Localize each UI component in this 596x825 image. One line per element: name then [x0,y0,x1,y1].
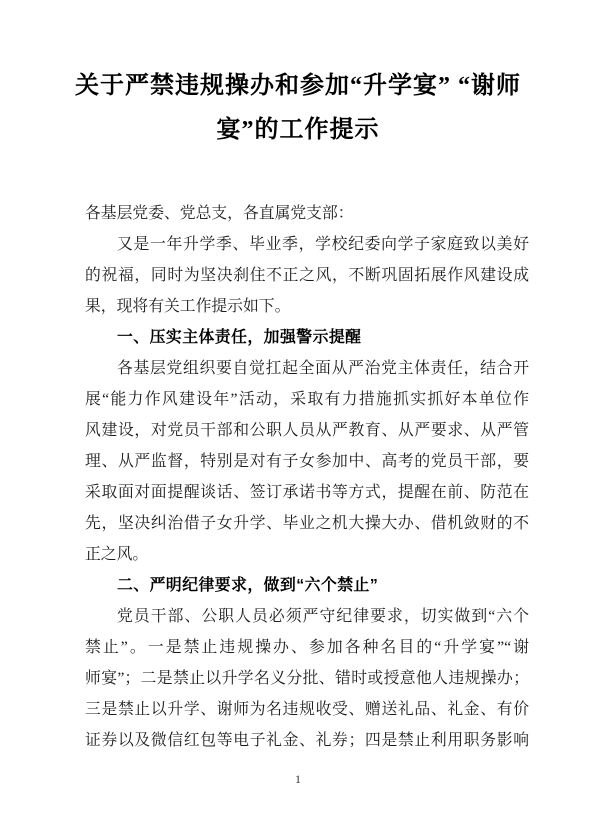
body-text-line: 采取面对面提醒谈话、签订承诺书等方式，提醒在前、防范在 [85,477,529,508]
body-text-line: 禁止”。一是禁止违规操办、参加各种名目的“升学宴”“谢 [85,632,529,663]
title-line: 关于严禁违规操办和参加“升学宴” “谢师 [60,64,536,108]
body-text-line: 师宴”；二是禁止以升学名义分批、错时或授意他人违规操办； [85,663,529,694]
body-text-line: 各基层党委、党总支，各直属党支部： [85,198,529,229]
document-title: 关于严禁违规操办和参加“升学宴” “谢师宴”的工作提示 [0,64,596,152]
body-text-line: 证券以及微信红包等电子礼金、礼券；四是禁止利用职务影响 [85,725,529,756]
body-text-line: 又是一年升学季、毕业季，学校纪委向学子家庭致以美好 [85,229,529,260]
body-text-line: 果，现将有关工作提示如下。 [85,291,529,322]
page-number: 1 [0,772,596,787]
body-text-line: 理、从严监督，特别是对有子女参加中、高考的党员干部，要 [85,446,529,477]
body-text-line: 先，坚决纠治借子女升学、毕业之机大操大办、借机敛财的不 [85,508,529,539]
body-text-line: 风建设，对党员干部和公职人员从严教育、从严要求、从严管 [85,415,529,446]
body-text-line: 的祝福，同时为坚决刹住不正之风，不断巩固拓展作风建设成 [85,260,529,291]
title-line: 宴”的工作提示 [60,108,536,152]
section-heading: 二、严明纪律要求，做到“六个禁止” [85,570,529,601]
body-text-line: 党员干部、公职人员必须严守纪律要求，切实做到“六个 [85,601,529,632]
body-text-line: 各基层党组织要自觉扛起全面从严治党主体责任，结合开 [85,353,529,384]
body-text-line: 正之风。 [85,539,529,570]
document-body: 各基层党委、党总支，各直属党支部：又是一年升学季、毕业季，学校纪委向学子家庭致以… [0,198,596,756]
body-text-line: 三是禁止以升学、谢师为名违规收受、赠送礼品、礼金、有价 [85,694,529,725]
body-text-line: 展“能力作风建设年”活动，采取有力措施抓实抓好本单位作 [85,384,529,415]
section-heading: 一、压实主体责任，加强警示提醒 [85,322,529,353]
document-page: 关于严禁违规操办和参加“升学宴” “谢师宴”的工作提示 各基层党委、党总支，各直… [0,0,596,825]
